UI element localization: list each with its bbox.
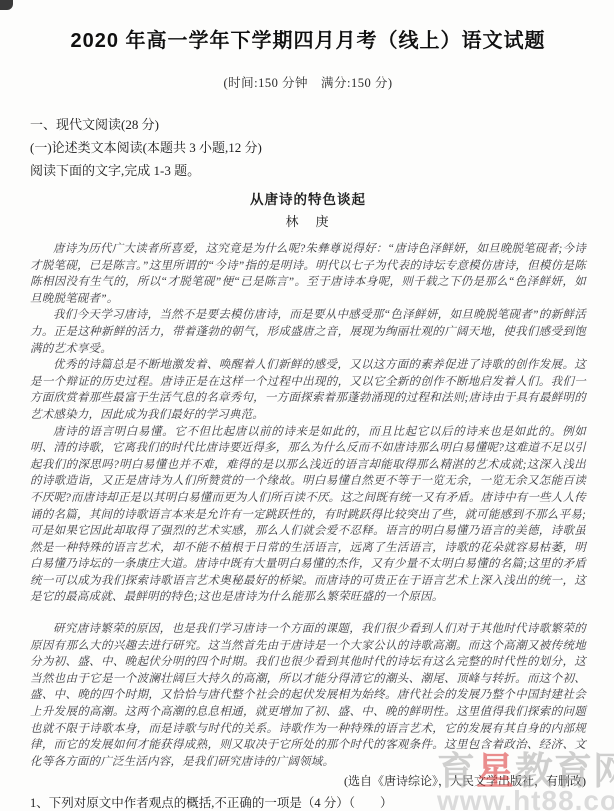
essay-paragraph: 研究唐诗繁荣的原因，也是我们学习唐诗一个方面的课题，我们很少看到人们对于其他时代…: [30, 621, 586, 770]
section-heading: 一、现代文阅读(28 分): [30, 113, 586, 136]
essay-paragraph: 我们今天学习唐诗，当然不是要去模仿唐诗，而是要从中感受那“色泽鲜妍，如旦晚脱笔砚…: [30, 307, 586, 357]
essay-body: 唐诗为历代广大读者所喜爱，这究竟是为什么呢?朱彝尊说得好：“唐诗色泽鲜妍，如旦晚…: [30, 241, 586, 770]
essay-author: 林 庚: [30, 211, 586, 233]
question-1: 1、下列对原文中作者观点的概括,不正确的一项是（4 分）（ ）: [30, 793, 586, 811]
page-title: 2020 年高一学年下学期四月月考（线上）语文试题: [30, 24, 586, 53]
exam-page: 2020 年高一学年下学期四月月考（线上）语文试题 (时间:150 分钟 满分:…: [0, 0, 614, 811]
essay-paragraph: 优秀的诗篇总是不断地激发着、唤醒着人们新鲜的感受，又以这方面的素养促进了诗歌的创…: [30, 357, 586, 423]
essay-paragraph: 唐诗为历代广大读者所喜爱，这究竟是为什么呢?朱彝尊说得好：“唐诗色泽鲜妍，如旦晚…: [30, 241, 586, 307]
reading-instruction: 阅读下面的文字,完成 1-3 题。: [30, 159, 586, 182]
essay-title: 从唐诗的特色谈起: [30, 188, 586, 211]
exam-duration-score: (时间:150 分钟 满分:150 分): [30, 73, 586, 91]
essay-paragraph: 唐诗的语言明白易懂。它不但比起唐以前的诗来是如此的，而且比起它以后的诗来也是如此…: [30, 424, 586, 607]
source-attribution: (选自《唐诗综论》，人民文学出版社，有删改): [30, 772, 586, 791]
subsection-heading: (一)论述类文本阅读(本题共 3 小题,12 分): [30, 136, 586, 159]
